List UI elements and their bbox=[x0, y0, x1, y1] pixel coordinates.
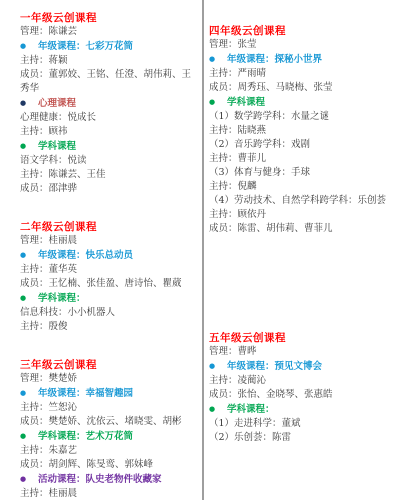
detail-line: （3）体育与健身：手球 bbox=[209, 166, 393, 180]
detail-line: 管理：樊楚娇 bbox=[20, 372, 196, 386]
category-line: ●学科课程 bbox=[209, 95, 393, 110]
detail-line: 主持：倪麟 bbox=[209, 180, 393, 194]
detail-line: 主持：殷俊 bbox=[20, 320, 196, 334]
category-label: 年级课程：七彩万花筒 bbox=[38, 41, 133, 52]
detail-line: 成员：樊楚娇、沈依云、堵晓雯、胡彬 bbox=[20, 415, 196, 429]
bullet-icon: ● bbox=[20, 386, 38, 400]
category-line: ●学科课程： bbox=[20, 291, 196, 306]
section-title: 四年级云创课程 bbox=[209, 24, 393, 38]
detail-line: 主持：凌蔺沁 bbox=[209, 374, 393, 388]
detail-line: 主持：陈谦芸、王佳 bbox=[20, 168, 196, 182]
category-line: ●活动课程：队史老物件收藏家 bbox=[20, 472, 196, 487]
detail-line: 成员：胡剑辉、陈旻鸾、郭妹峰 bbox=[20, 458, 196, 472]
category-line: ●年级课程：七彩万花筒 bbox=[20, 39, 196, 54]
bullet-icon: ● bbox=[20, 472, 38, 486]
detail-line: （4）劳动技术、自然学科跨学科：乐创荟 bbox=[209, 194, 393, 208]
category-label: 学科课程： bbox=[227, 404, 275, 415]
detail-line: 主持：董华英 bbox=[20, 263, 196, 277]
category-line: ●年级课程：幸福智趣园 bbox=[20, 386, 196, 401]
section-title: 五年级云创课程 bbox=[209, 331, 393, 345]
detail-line: 信息科技：小小机器人 bbox=[20, 306, 196, 320]
detail-line: （2）音乐跨学科：戏剧 bbox=[209, 138, 393, 152]
column-right: 四年级云创课程管理：张莹●年级课程：探秘小世界主持：严雨晴成员：周秀珏、马晓梅、… bbox=[204, 0, 397, 500]
detail-line: 主持：桂丽晨 bbox=[20, 487, 196, 500]
category-label: 年级课程：探秘小世界 bbox=[227, 54, 322, 65]
detail-line: 主持：曹菲儿 bbox=[209, 152, 393, 166]
column-left: 一年级云创课程管理：陈谦芸●年级课程：七彩万花筒主持：蒋颖成员：董郭姣、王铭、任… bbox=[0, 0, 202, 500]
category-label: 年级课程：幸福智趣园 bbox=[38, 388, 133, 399]
detail-line: 管理：桂丽晨 bbox=[20, 234, 196, 248]
section-title: 三年级云创课程 bbox=[20, 358, 196, 372]
detail-line: 语文学科：悦读 bbox=[20, 154, 196, 168]
category-label: 年级课程：预见文博会 bbox=[227, 361, 322, 372]
detail-line: 成员：董郭姣、王铭、任澄、胡伟莉、王秀华 bbox=[20, 68, 196, 96]
course-section: 一年级云创课程管理：陈谦芸●年级课程：七彩万花筒主持：蒋颖成员：董郭姣、王铭、任… bbox=[20, 11, 196, 196]
detail-line: 主持：顾祎 bbox=[20, 125, 196, 139]
section-title: 二年级云创课程 bbox=[20, 220, 196, 234]
bullet-icon: ● bbox=[209, 95, 227, 109]
bullet-icon: ● bbox=[20, 96, 38, 110]
course-section: 二年级云创课程管理：桂丽晨●年级课程：快乐总动员主持：董华英成员：王忆楠、张佳盈… bbox=[20, 220, 196, 334]
category-line: ●年级课程：预见文博会 bbox=[209, 359, 393, 374]
detail-line: 主持：朱嘉艺 bbox=[20, 444, 196, 458]
category-line: ●学科课程： bbox=[209, 402, 393, 417]
category-line: ●年级课程：快乐总动员 bbox=[20, 248, 196, 263]
category-label: 学科课程：艺术万花筒 bbox=[38, 431, 133, 442]
detail-line: 成员：张怡、金晓琴、张惠皓 bbox=[209, 388, 393, 402]
detail-line: 成员：周秀珏、马晓梅、张莹 bbox=[209, 81, 393, 95]
detail-line: 成员：陈雷、胡伟莉、曹菲儿 bbox=[209, 222, 393, 236]
detail-line: 主持：顾依丹 bbox=[209, 208, 393, 222]
course-section: 四年级云创课程管理：张莹●年级课程：探秘小世界主持：严雨晴成员：周秀珏、马晓梅、… bbox=[209, 24, 393, 236]
category-label: 学科课程： bbox=[38, 293, 86, 304]
detail-line: 心理健康：悦成长 bbox=[20, 111, 196, 125]
course-section: 五年级云创课程管理：曹晔●年级课程：预见文博会主持：凌蔺沁成员：张怡、金晓琴、张… bbox=[209, 331, 393, 445]
category-line: ●学科课程 bbox=[20, 139, 196, 154]
category-line: ●年级课程：探秘小世界 bbox=[209, 52, 393, 67]
category-label: 学科课程 bbox=[227, 97, 265, 108]
bullet-icon: ● bbox=[209, 52, 227, 66]
section-title: 一年级云创课程 bbox=[20, 11, 196, 25]
bullet-icon: ● bbox=[20, 429, 38, 443]
detail-line: 管理：张莹 bbox=[209, 38, 393, 52]
category-line: ●心理课程 bbox=[20, 96, 196, 111]
bullet-icon: ● bbox=[209, 402, 227, 416]
category-label: 心理课程 bbox=[38, 98, 76, 109]
detail-line: （2）乐创荟：陈雷 bbox=[209, 431, 393, 445]
detail-line: 主持：蒋颖 bbox=[20, 54, 196, 68]
category-label: 活动课程：队史老物件收藏家 bbox=[38, 474, 162, 485]
detail-line: 管理：陈谦芸 bbox=[20, 25, 196, 39]
course-section: 三年级云创课程管理：樊楚娇●年级课程：幸福智趣园主持：竺恕沁成员：樊楚娇、沈依云… bbox=[20, 358, 196, 500]
category-label: 学科课程 bbox=[38, 141, 76, 152]
bullet-icon: ● bbox=[20, 291, 38, 305]
detail-line: 主持：严雨晴 bbox=[209, 67, 393, 81]
category-line: ●学科课程：艺术万花筒 bbox=[20, 429, 196, 444]
bullet-icon: ● bbox=[20, 248, 38, 262]
detail-line: 主持：陆晓燕 bbox=[209, 124, 393, 138]
detail-line: 主持：竺恕沁 bbox=[20, 401, 196, 415]
detail-line: （1）走进科学：董斌 bbox=[209, 417, 393, 431]
bullet-icon: ● bbox=[20, 139, 38, 153]
detail-line: 成员：王忆楠、张佳盈、唐诗怡、瞿葳 bbox=[20, 277, 196, 291]
detail-line: 管理：曹晔 bbox=[209, 345, 393, 359]
category-label: 年级课程：快乐总动员 bbox=[38, 250, 133, 261]
detail-line: 成员：邵津骅 bbox=[20, 182, 196, 196]
detail-line: （1）数学跨学科：水量之谜 bbox=[209, 110, 393, 124]
bullet-icon: ● bbox=[209, 359, 227, 373]
bullet-icon: ● bbox=[20, 39, 38, 53]
document-page: 一年级云创课程管理：陈谦芸●年级课程：七彩万花筒主持：蒋颖成员：董郭姣、王铭、任… bbox=[0, 0, 397, 500]
